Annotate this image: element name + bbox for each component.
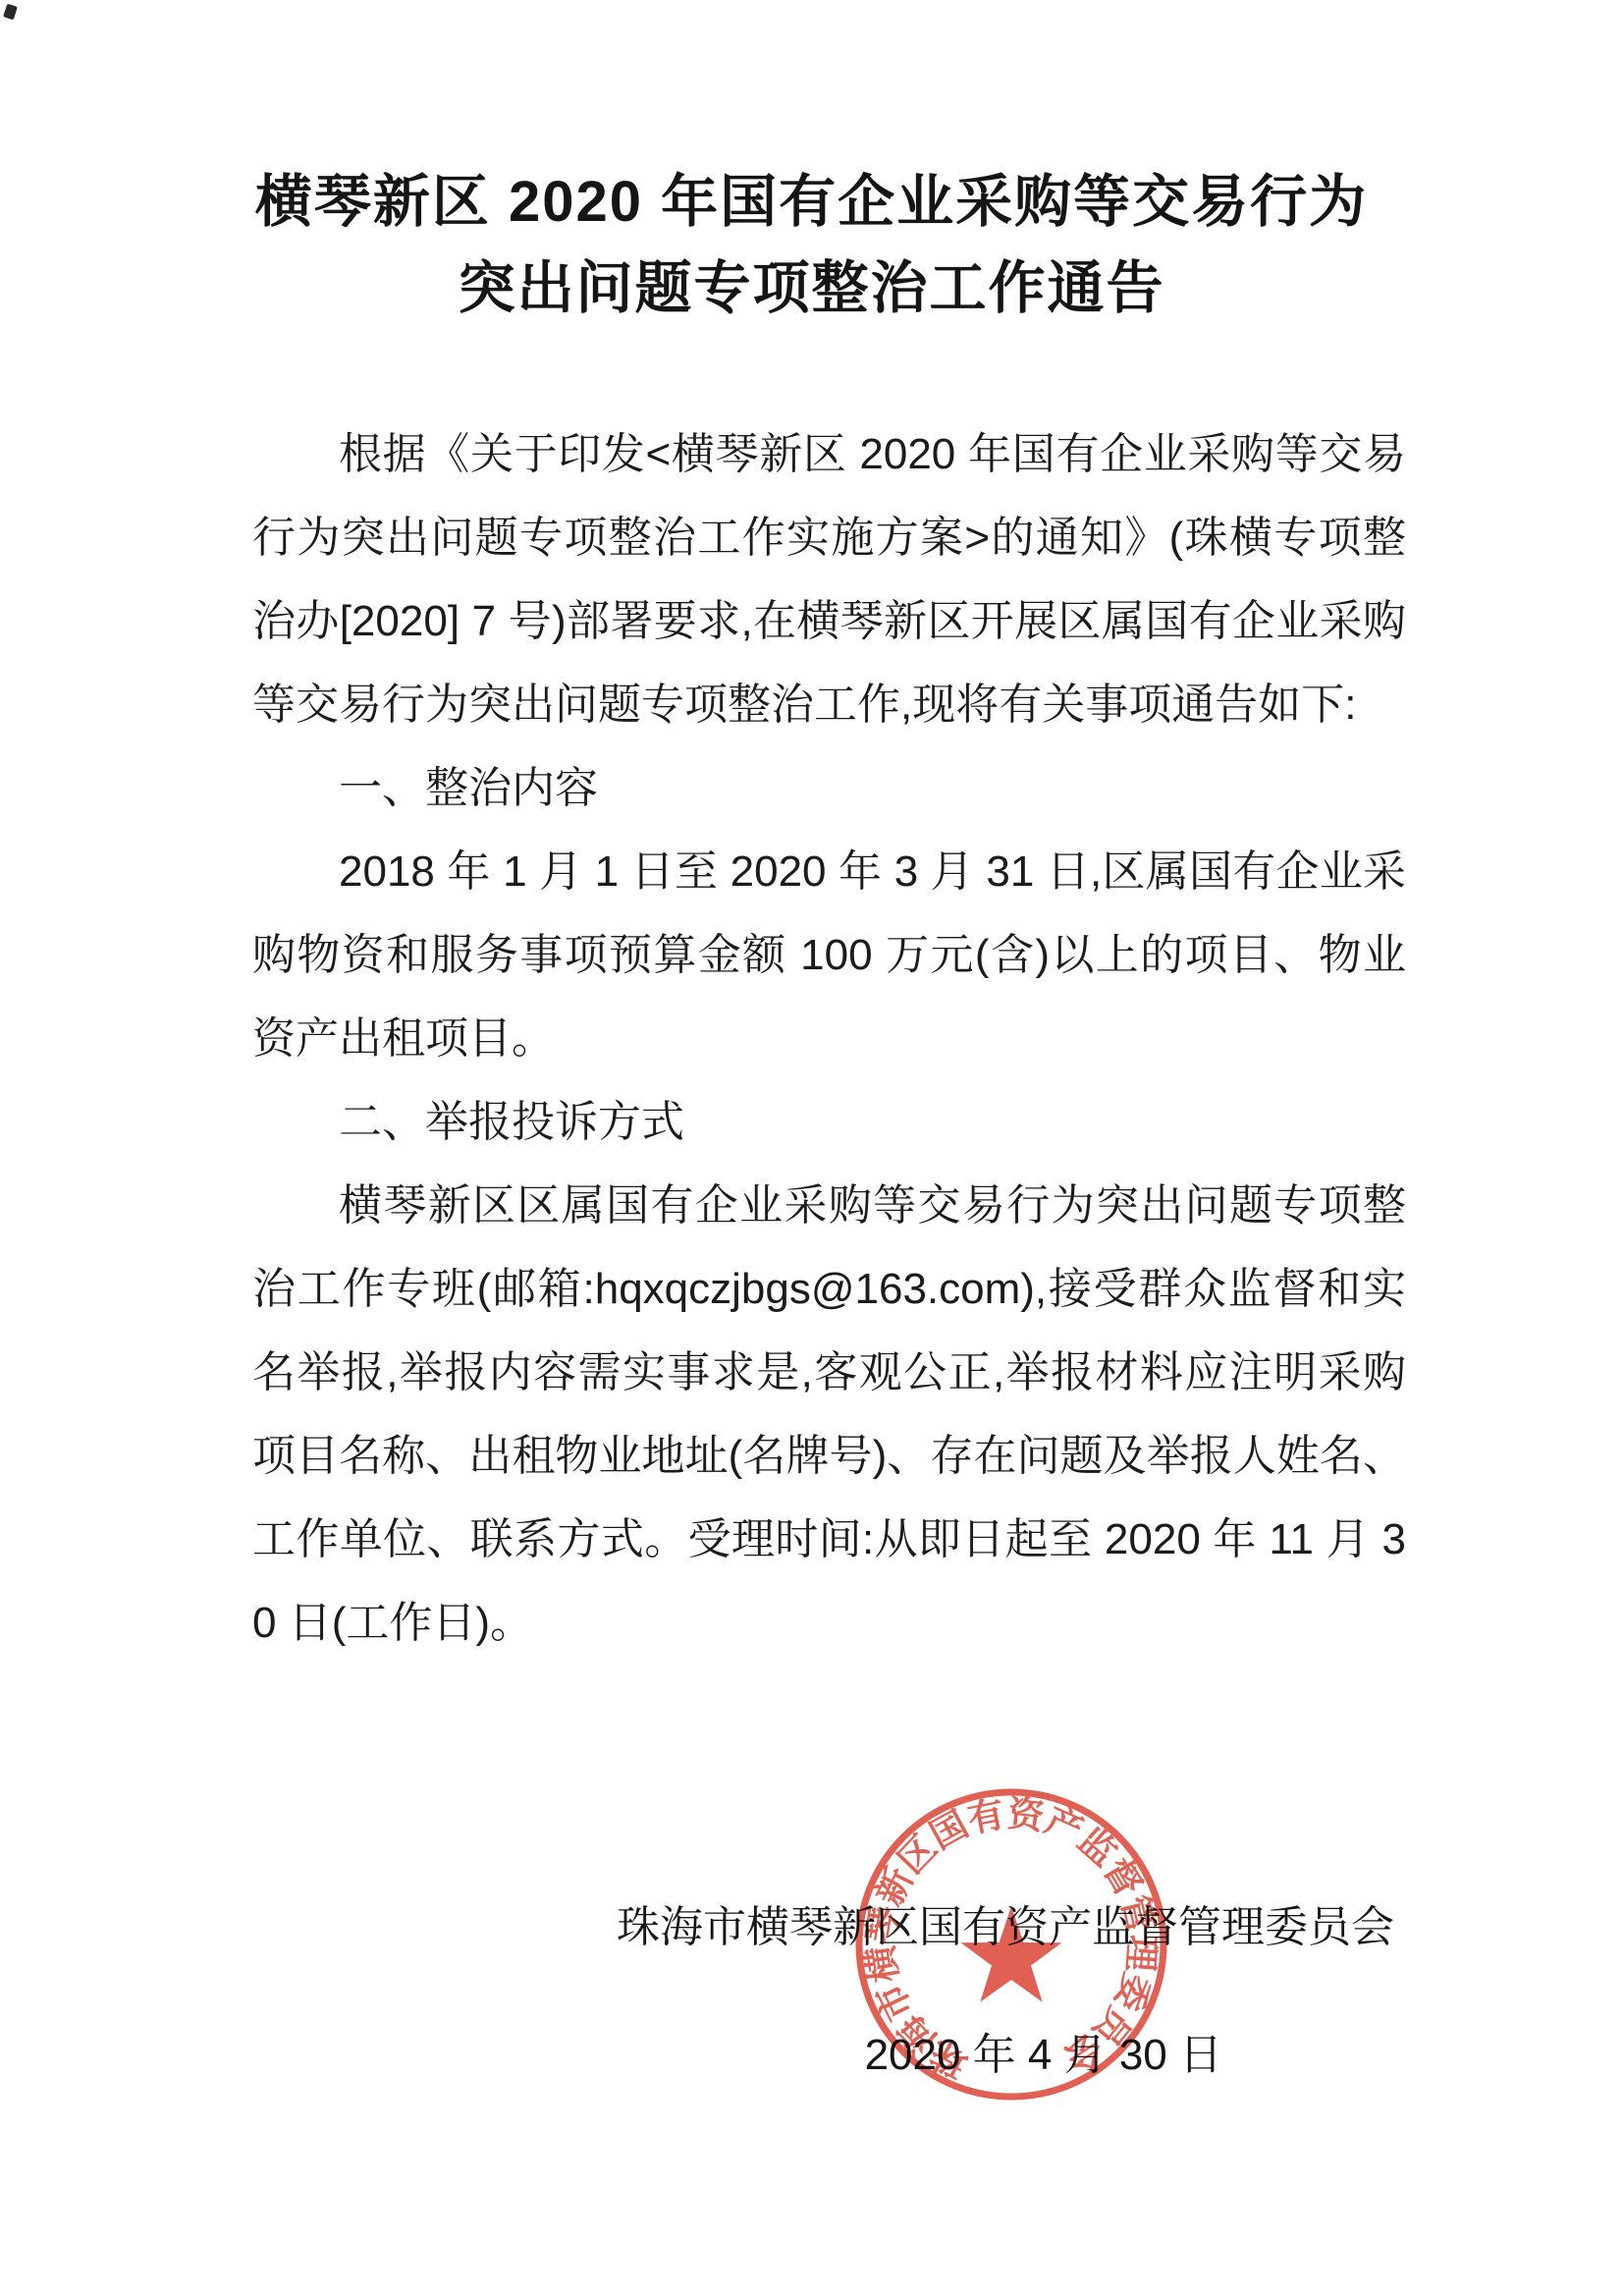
scan-speck-artifact [3,4,18,21]
document-title-line1: 横琴新区 2020 年国有企业采购等交易行为 [255,170,1368,234]
document-page: 横琴新区 2020 年国有企业采购等交易行为突出问题专项整治工作通告 根据《关于… [0,0,1623,2296]
signature-agency: 珠海市横琴新区国有资产监督管理委员会 [617,1891,1394,1954]
document-body: 根据《关于印发<横琴新区 2020 年国有企业采购等交易行为突出问题专项整治工作… [252,412,1406,1665]
section-2-heading: 二、举报投诉方式 [252,1080,1406,1164]
section-1-heading: 一、整治内容 [252,746,1406,830]
signature-date: 2020 年 4 月 30 日 [865,2019,1222,2082]
document-title-line2: 突出问题专项整治工作通告 [458,256,1164,320]
section-1-paragraph: 2018 年 1 月 1 日至 2020 年 3 月 31 日,区属国有企业采购… [252,830,1406,1080]
document-title: 横琴新区 2020 年国有企业采购等交易行为突出问题专项整治工作通告 [0,159,1623,332]
section-2-paragraph: 横琴新区区属国有企业采购等交易行为突出问题专项整治工作专班(邮箱:hqxqczj… [252,1164,1406,1665]
paragraph-intro: 根据《关于印发<横琴新区 2020 年国有企业采购等交易行为突出问题专项整治工作… [252,412,1406,746]
